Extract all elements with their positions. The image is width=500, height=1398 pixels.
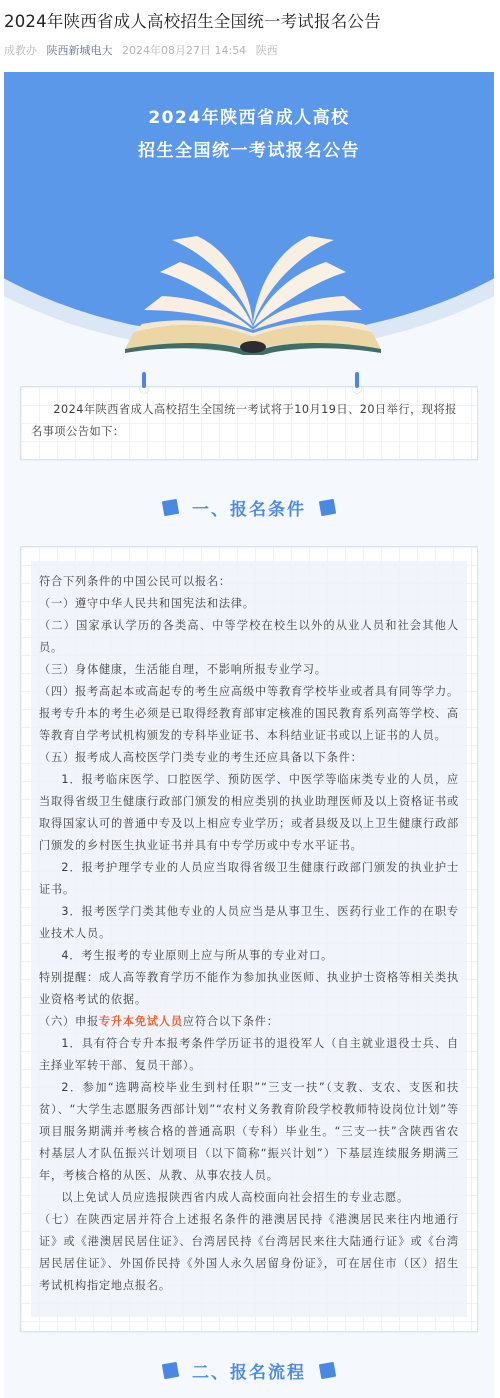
publish-location: 陕西: [256, 44, 278, 57]
open-book-icon: [122, 212, 384, 362]
diamond-icon: [162, 1361, 179, 1378]
condition-paragraph: 1．具有符合专升本报考条件学历证书的退役军人（自主就业退役士兵、自主择业军转干部…: [39, 1033, 459, 1077]
section-heading-process: 二、报名流程: [4, 1342, 494, 1398]
author-link[interactable]: 陕西新城电大: [47, 44, 113, 57]
article-header: 2024年陕西省成人高校招生全国统一考试报名公告 成教办 陕西新城电大 2024…: [0, 0, 500, 72]
condition-paragraph: 4．考生报考的专业原则上应与所从事的专业对口。: [39, 945, 459, 967]
condition-paragraph: （六）申报专升本免试人员应符合以下条件：: [39, 1011, 459, 1033]
binder-ring-left: [139, 384, 149, 394]
condition-suffix: 应符合以下条件：: [183, 1015, 279, 1028]
condition-paragraph: 2．参加“选聘高校毕业生到村任职”“三支一扶”（支教、支农、支医和扶贫）、“大学…: [39, 1077, 459, 1187]
source-label: 成教办: [4, 44, 37, 57]
condition-paragraph: （一）遵守中华人民共和国宪法和法律。: [39, 593, 459, 615]
intro-card: 2024年陕西省成人高校招生全国统一考试将于10月19日、20日举行，现将报名事…: [20, 386, 478, 460]
section-title: 二、报名流程: [192, 1358, 306, 1383]
condition-paragraph: （五）报考成人高校医学门类专业的考生还应具备以下条件：: [39, 747, 459, 769]
section-title: 一、报名条件: [192, 495, 306, 520]
condition-paragraph: （三）身体健康，生活能自理，不影响所报专业学习。: [39, 659, 459, 681]
conditions-card: 符合下列条件的中国公民可以报名： （一）遵守中华人民共和国宪法和法律。 （二）国…: [20, 546, 478, 1332]
condition-prefix: （六）申报: [39, 1015, 99, 1028]
highlight-exempt-candidates: 专升本免试人员: [99, 1015, 183, 1028]
condition-paragraph: 3．报考医学门类其他专业的人员应当是从事卫生、医药行业工作的在职专业技术人员。: [39, 901, 459, 945]
condition-paragraph: （七）在陕西定居并符合上述报名条件的港澳居民持《港澳居民来往内地通行证》或《港澳…: [39, 1209, 459, 1297]
article-meta: 成教办 陕西新城电大 2024年08月27日 14:54 陕西: [4, 43, 496, 59]
hero-banner: 2024年陕西省成人高校 招生全国统一考试报名公告: [4, 72, 494, 372]
hero-title: 2024年陕西省成人高校 招生全国统一考试报名公告: [4, 102, 494, 168]
condition-paragraph: （四）报考高起本或高起专的考生应高级中等教育学校毕业或者具有同等学力。报考专升本…: [39, 681, 459, 747]
diamond-icon: [162, 498, 179, 515]
condition-paragraph: 2．报考护理学专业的人员应当取得省级卫生健康行政部门颁发的执业护士证书。: [39, 857, 459, 901]
intro-section: 2024年陕西省成人高校招生全国统一考试将于10月19日、20日举行，现将报名事…: [20, 386, 478, 460]
hero-title-line1: 2024年陕西省成人高校: [4, 102, 494, 135]
condition-paragraph: 以上免试人员应选报陕西省内成人高校面向社会招生的专业志愿。: [39, 1187, 459, 1209]
diamond-icon: [319, 1361, 336, 1378]
condition-paragraph: 符合下列条件的中国公民可以报名：: [39, 571, 459, 593]
conditions-content: 符合下列条件的中国公民可以报名： （一）遵守中华人民共和国宪法和法律。 （二）国…: [31, 561, 467, 1317]
hero-title-line2: 招生全国统一考试报名公告: [4, 135, 494, 168]
announcement-poster: 2024年陕西省成人高校 招生全国统一考试报名公告 2024年陕西省成人: [4, 72, 494, 1398]
section-heading-conditions: 一、报名条件: [4, 474, 494, 540]
condition-paragraph: （二）国家承认学历的各类高、中等学校在校生以外的从业人员和社会其他人员。: [39, 615, 459, 659]
article-title: 2024年陕西省成人高校招生全国统一考试报名公告: [4, 10, 496, 34]
diamond-icon: [319, 498, 336, 515]
condition-paragraph: 1．报考临床医学、口腔医学、预防医学、中医学等临床类专业的人员，应当取得省级卫生…: [39, 769, 459, 857]
special-reminder: 特别提醒：成人高等教育学历不能作为参加执业医师、执业护士资格等相关类执业资格考试…: [39, 967, 459, 1011]
binder-ring-right: [352, 384, 362, 394]
intro-text: 2024年陕西省成人高校招生全国统一考试将于10月19日、20日举行，现将报名事…: [31, 399, 467, 443]
publish-datetime: 2024年08月27日 14:54: [122, 44, 246, 57]
